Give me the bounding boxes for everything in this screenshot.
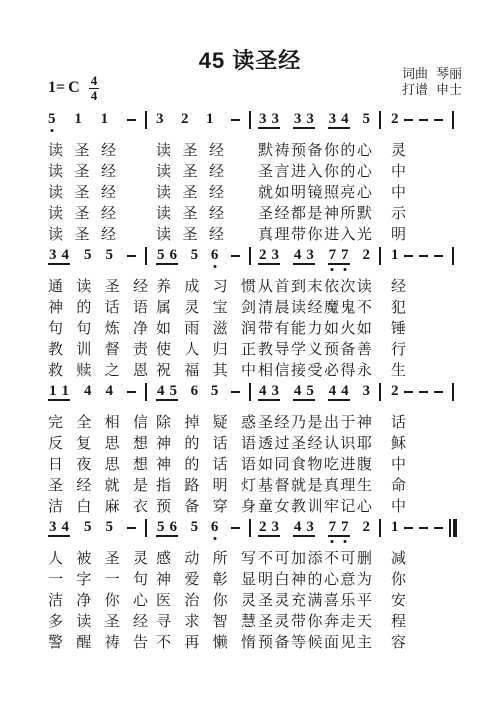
lyric-char: 如 [258,453,273,474]
lyric-char: 导 [274,338,289,359]
duration-dash [404,391,413,393]
measure: 321 [156,112,240,130]
lyric-char: 经 [209,160,224,181]
note: 5 [191,248,199,263]
lyric-char: 神 [324,202,339,223]
lyric-char: 亮 [340,181,355,202]
note: 4 [62,520,70,535]
lyric-char: 神 [291,568,306,589]
measure: 5656 [156,248,240,266]
note: 6 [191,384,199,399]
note-value: 7 [341,248,349,263]
lyric-char: 有 [274,317,289,338]
measure: 2343772 [258,248,370,266]
note-value: 5 [84,248,92,263]
note: 6 [170,520,178,535]
lyric-char: 读 [156,202,171,223]
barline [145,111,147,129]
lyric-cell: 感动所写 [156,547,256,568]
note-value: 3 [259,112,267,127]
lyric-char: 你 [391,568,406,589]
lyric-cell: 中 [391,495,407,516]
lyric-char: 你 [324,160,339,181]
lyric-char: 相 [258,359,273,380]
note-value: 6 [170,248,178,263]
beamed-note-group: 77 [328,248,350,265]
note-value: 4 [329,384,337,399]
lyric-char: 奔 [324,610,339,631]
lyric-char: 如 [324,317,339,338]
lyric-char: 经 [101,181,116,202]
barline [145,247,147,265]
system: 1144456543454432完全相信除掉疑惑圣经乃是出于神话反复思想神的话语… [0,384,500,520]
duration-dash [127,527,136,529]
note: 3 [259,112,267,127]
note-value: 1 [101,112,109,127]
lyric-char: 日 [48,453,63,474]
lyric-char: 你 [105,589,120,610]
lyric-row: 读圣经读圣经就如明镜照亮心中 [0,181,500,201]
lyric-char: 不 [357,296,372,317]
note-value: 3 [156,112,164,127]
lyric-char: 透 [258,432,273,453]
lyric-char: 祷 [105,631,120,652]
duration-dash [404,255,413,257]
lyric-char: 进 [340,453,355,474]
final-barline-thick [453,519,457,537]
lyric-char: 心 [324,568,339,589]
lyric-char: 信 [133,411,148,432]
lyric-char: 理 [340,474,355,495]
lyric-char: 救 [48,359,63,380]
music-line: 3455565623437721 [0,520,500,544]
lyric-row: 句句炼净如雨滋润带有能力如火如锤 [0,317,500,337]
beamed-note-group: 33 [293,112,315,129]
lyric-char: 滋 [213,317,228,338]
lyric-cell: 神爱彰显 [156,568,256,589]
lyric-cell: 读圣经 [48,139,116,160]
note-value: 1 [74,112,82,127]
lyric-char: 句 [48,317,63,338]
duration-dash [404,119,413,121]
beamed-note-group: 43 [293,520,315,537]
lyric-char: 言 [274,160,289,181]
lyric-char: 灵 [184,296,199,317]
lyric-cell: 读圣经 [156,139,224,160]
note: 4 [294,384,302,399]
lyric-char: 读 [156,181,171,202]
lyric-char: 经 [76,474,91,495]
lyric-char: 属 [156,296,171,317]
note: 1 [101,112,109,127]
lyric-cell: 中 [391,160,407,181]
lyric-char: 净 [133,317,148,338]
lyric-row: 完全相信除掉疑惑圣经乃是出于神话 [0,411,500,431]
lyric-char: 炼 [105,317,120,338]
system: 3455565623437721人被圣灵感动所写不可加添不可删减一字一句神爱彰显… [0,520,500,656]
lyric-char: 净 [76,589,91,610]
lyric-char: 中 [391,453,406,474]
lyric-char: 信 [274,359,289,380]
lyric-cell: 稣 [391,432,407,453]
lyric-row: 神的话语属灵宝剑清晨读经魔鬼不犯 [0,296,500,316]
lyric-row: 读圣经读圣经圣经都是神所默示 [0,202,500,222]
lyric-row: 读圣经读圣经圣言进入你的心中 [0,160,500,180]
lyric-cell: 日夜思想 [48,453,148,474]
lyric-char: 可 [274,547,289,568]
lyric-char: 的 [184,432,199,453]
note-value: 5 [362,112,370,127]
lyric-char: 你 [324,139,339,160]
lyric-char: 圣 [74,160,89,181]
note-value: 3 [272,112,280,127]
lyric-char: 安 [391,589,406,610]
note: 2 [362,520,370,535]
lyric-cell: 读圣经 [156,202,224,223]
low-octave-dot [50,129,53,132]
barline [452,111,454,129]
lyric-cell: 明白神的心意为 [258,568,372,589]
duration-dash [419,391,428,393]
lyric-cell: 医治你灵 [156,589,256,610]
note-value: 5 [157,520,165,535]
note-value: 5 [106,248,114,263]
lyric-char: 候 [307,631,322,652]
lyric-cell: 圣灵充满喜乐平 [258,589,372,610]
lyric-char: 圣 [105,275,120,296]
lyric-char: 意 [340,568,355,589]
lyric-char: 火 [340,317,355,338]
lyric-char: 掉 [184,411,199,432]
lyric-char: 读 [156,160,171,181]
note: 2 [391,384,399,399]
note-value: 1 [391,248,399,263]
lyric-char: 心 [357,495,372,516]
lyric-cell: 读圣经 [156,160,224,181]
lyric-char: 圣 [182,181,197,202]
measure: 3455 [48,248,136,266]
lyric-char: 童 [258,495,273,516]
lyric-char: 经 [209,202,224,223]
lyric-char: 备 [307,139,322,160]
lyric-char: 入 [340,223,355,244]
lyric-cell: 完全相信 [48,411,148,432]
lyric-cell: 从首到末依次读 [258,275,372,296]
lyric-cell: 预备等候面见主 [258,631,372,652]
lyric-char: 进 [291,160,306,181]
note: 5 [170,384,178,399]
lyric-char: 力 [307,317,322,338]
lyric-char: 带 [291,610,306,631]
lyric-char: 惑 [241,411,256,432]
lyric-char: 充 [291,589,306,610]
note: 1 [74,112,82,127]
note: 5 [211,384,219,399]
lyric-char: 经 [274,411,289,432]
lyric-char: 吃 [324,453,339,474]
lyric-char: 麻 [105,495,120,516]
lyric-char: 赎 [76,359,91,380]
note: 3 [156,112,164,127]
lyric-row: 圣经就是指路明灯基督就是真理生命 [0,474,500,494]
note-value: 5 [84,520,92,535]
note: 1 [391,248,399,263]
lyric-cell: 除掉疑惑 [156,411,256,432]
lyric-char: 带 [291,223,306,244]
lyric-char: 全 [76,411,91,432]
lyric-char: 惯 [241,275,256,296]
lyric-char: 圣 [182,139,197,160]
lyric-char: 于 [340,411,355,432]
lyric-char: 其 [213,359,228,380]
note: 5 [106,248,114,263]
lyric-row: 反复思想神的话语透过圣经认识耶稣 [0,432,500,452]
lyric-char: 读 [357,275,372,296]
sheet-music-page: 45 读圣经 1= C 4 4 词曲琴丽 打谱申士 51132133333452… [0,0,500,707]
lyric-cell: 反复思想 [48,432,148,453]
lyric-cell: 锤 [391,317,407,338]
lyric-char: 归 [213,338,228,359]
lyric-char: 的 [340,139,355,160]
note: 5 [191,520,199,535]
lyric-char: 的 [184,453,199,474]
lyric-char: 句 [76,317,91,338]
lyric-cell: 话 [391,411,407,432]
lyric-char: 之 [105,359,120,380]
note-value: 1 [62,384,70,399]
lyric-cell: 预备穿身 [156,495,256,516]
note: 5 [48,112,56,127]
note-value: 3 [306,520,314,535]
lyric-char: 就 [291,474,306,495]
lyric-char: 经 [209,181,224,202]
lyric-char: 明 [258,568,273,589]
lyric-cell: 读圣经 [48,181,116,202]
lyric-char: 心 [357,139,372,160]
lyric-row: 读圣经读圣经真理带你进入光明 [0,223,500,243]
beamed-note-group: 56 [156,520,178,537]
lyric-char: 经 [101,139,116,160]
note-value: 5 [191,520,199,535]
lyric-char: 如 [357,317,372,338]
lyric-char: 灵 [274,610,289,631]
lyric-char: 是 [307,474,322,495]
lyric-cell: 人被圣灵 [48,547,148,568]
lyric-char: 你 [307,610,322,631]
note: 4 [84,384,92,399]
note: 3 [306,112,314,127]
lyric-char: 都 [291,202,306,223]
lyric-char: 经 [209,139,224,160]
note-value: 4 [294,384,302,399]
lyric-char: 圣 [182,202,197,223]
lyric-cell: 示 [391,202,407,223]
beamed-note-group: 34 [328,112,350,129]
lyric-char: 思 [105,432,120,453]
note-value: 6 [191,384,199,399]
lyric-cell: 读圣经 [156,223,224,244]
lyric-char: 经 [274,202,289,223]
lyric-char: 圣 [258,202,273,223]
lyric-char: 读 [291,296,306,317]
lyric-cell: 如同食物吃进腹 [258,453,372,474]
lyric-char: 经 [101,202,116,223]
lyric-char: 生 [357,474,372,495]
lyric-cell: 祝福其中 [156,359,256,380]
note: 7 [329,248,337,263]
lyric-char: 想 [133,432,148,453]
lyric-char: 智 [213,610,228,631]
lyric-char: 圣 [74,223,89,244]
lyric-char: 圣 [74,139,89,160]
lyric-cell: 神的话语 [48,296,148,317]
note: 7 [341,520,349,535]
lyric-char: 思 [105,453,120,474]
lyric-char: 接 [291,359,306,380]
lyric-char: 识 [340,432,355,453]
lyric-row: 警醒祷告不再懒惰预备等候面见主容 [0,631,500,651]
lyric-char: 教 [258,338,273,359]
lyric-char: 人 [184,338,199,359]
lyric-cell: 圣言进入你的心 [258,160,372,181]
lyric-char: 面 [324,631,339,652]
lyric-char: 预 [156,495,171,516]
lyric-char: 女 [274,495,289,516]
lyric-char: 的 [307,568,322,589]
lyric-char: 通 [48,275,63,296]
note: 6 [211,248,219,263]
lyric-char: 灵 [391,139,406,160]
lyric-cell: 一字一句 [48,568,148,589]
lyric-char: 告 [133,631,148,652]
lyric-char: 宝 [213,296,228,317]
lyric-cell: 寻求智慧 [156,610,256,631]
lyric-char: 洁 [48,495,63,516]
lyric-cell: 程 [391,610,407,631]
lyric-cell: 犯 [391,296,407,317]
lyric-char: 读 [76,275,91,296]
lyric-char: 一 [105,568,120,589]
lyric-char: 教 [291,495,306,516]
lyric-cell: 灵 [391,139,407,160]
lyric-char: 衣 [133,495,148,516]
final-barline-thin [449,519,451,537]
barline [249,383,251,401]
lyric-char: 食 [291,453,306,474]
lyric-char: 腹 [357,453,372,474]
lyric-char: 剑 [241,296,256,317]
lyric-char: 预 [324,338,339,359]
lyric-char: 读 [48,202,63,223]
lyric-char: 受 [307,359,322,380]
lyric-cell: 容 [391,631,407,652]
system: 3455565623437721通读圣经养成习惯从首到末依次读经神的话语属灵宝剑… [0,248,500,384]
lyric-cell: 默祷预备你的心 [258,139,372,160]
lyric-char: 督 [105,338,120,359]
lyric-cell: 洁白麻衣 [48,495,148,516]
lyric-cell: 读圣经 [156,181,224,202]
lyric-cell: 童女教训牢记心 [258,495,372,516]
lyric-cell: 圣灵带你奔走天 [258,610,372,631]
note-value: 4 [106,384,114,399]
barline [379,519,381,537]
note-value: 4 [84,384,92,399]
lyric-char: 必 [324,359,339,380]
note-value: 4 [62,248,70,263]
lyric-char: 彰 [213,568,228,589]
note: 2 [259,248,267,263]
lyric-char: 命 [391,474,406,495]
note: 3 [329,112,337,127]
duration-dash [231,391,240,393]
note-value: 5 [211,384,219,399]
lyric-char: 心 [357,160,372,181]
barline [452,247,454,265]
lyric-char: 夜 [76,453,91,474]
note-value: 2 [362,248,370,263]
lyric-char: 不 [258,547,273,568]
duration-dash [127,119,136,121]
note-value: 2 [362,520,370,535]
lyric-row: 多读圣经寻求智慧圣灵带你奔走天程 [0,610,500,630]
lyric-char: 读 [48,181,63,202]
note: 4 [329,384,337,399]
barline [249,519,251,537]
lyric-char: 完 [48,411,63,432]
lyric-cell: 圣经都是神所默 [258,202,372,223]
note: 3 [49,248,57,263]
lyric-cell: 指路明灯 [156,474,256,495]
lyric-cell: 属灵宝剑 [156,296,256,317]
note-value: 3 [294,112,302,127]
beamed-note-group: 33 [258,112,280,129]
lyric-char: 过 [274,432,289,453]
duration-dash [231,255,240,257]
lyric-char: 语 [133,296,148,317]
duration-dash [419,527,428,529]
lyric-char: 圣 [182,223,197,244]
lyric-char: 想 [133,453,148,474]
lyric-char: 人 [48,547,63,568]
lyric-cell: 基督就是真理生 [258,474,372,495]
note: 1 [49,384,57,399]
lyric-char: 示 [391,202,406,223]
lyric-cell: 减 [391,547,407,568]
lyric-char: 福 [184,359,199,380]
lyric-char: 养 [156,275,171,296]
note-value: 5 [170,384,178,399]
lyric-char: 是 [133,474,148,495]
lyric-char: 警 [48,631,63,652]
lyric-char: 圣 [74,202,89,223]
lyric-char: 语 [241,432,256,453]
lyric-row: 一字一句神爱彰显明白神的心意为你 [0,568,500,588]
lyric-char: 首 [274,275,289,296]
lyric-row: 洁白麻衣预备穿身童女教训牢记心中 [0,495,500,515]
lyric-char: 训 [76,338,91,359]
note-value: 3 [49,248,57,263]
note-value: 3 [362,384,370,399]
lyric-char: 从 [258,275,273,296]
lyric-char: 你 [307,223,322,244]
note: 4 [294,248,302,263]
duration-dash [419,119,428,121]
barline [249,111,251,129]
beamed-note-group: 34 [48,520,70,537]
lyric-char: 一 [48,568,63,589]
note-value: 5 [106,520,114,535]
lyric-char: 话 [391,411,406,432]
